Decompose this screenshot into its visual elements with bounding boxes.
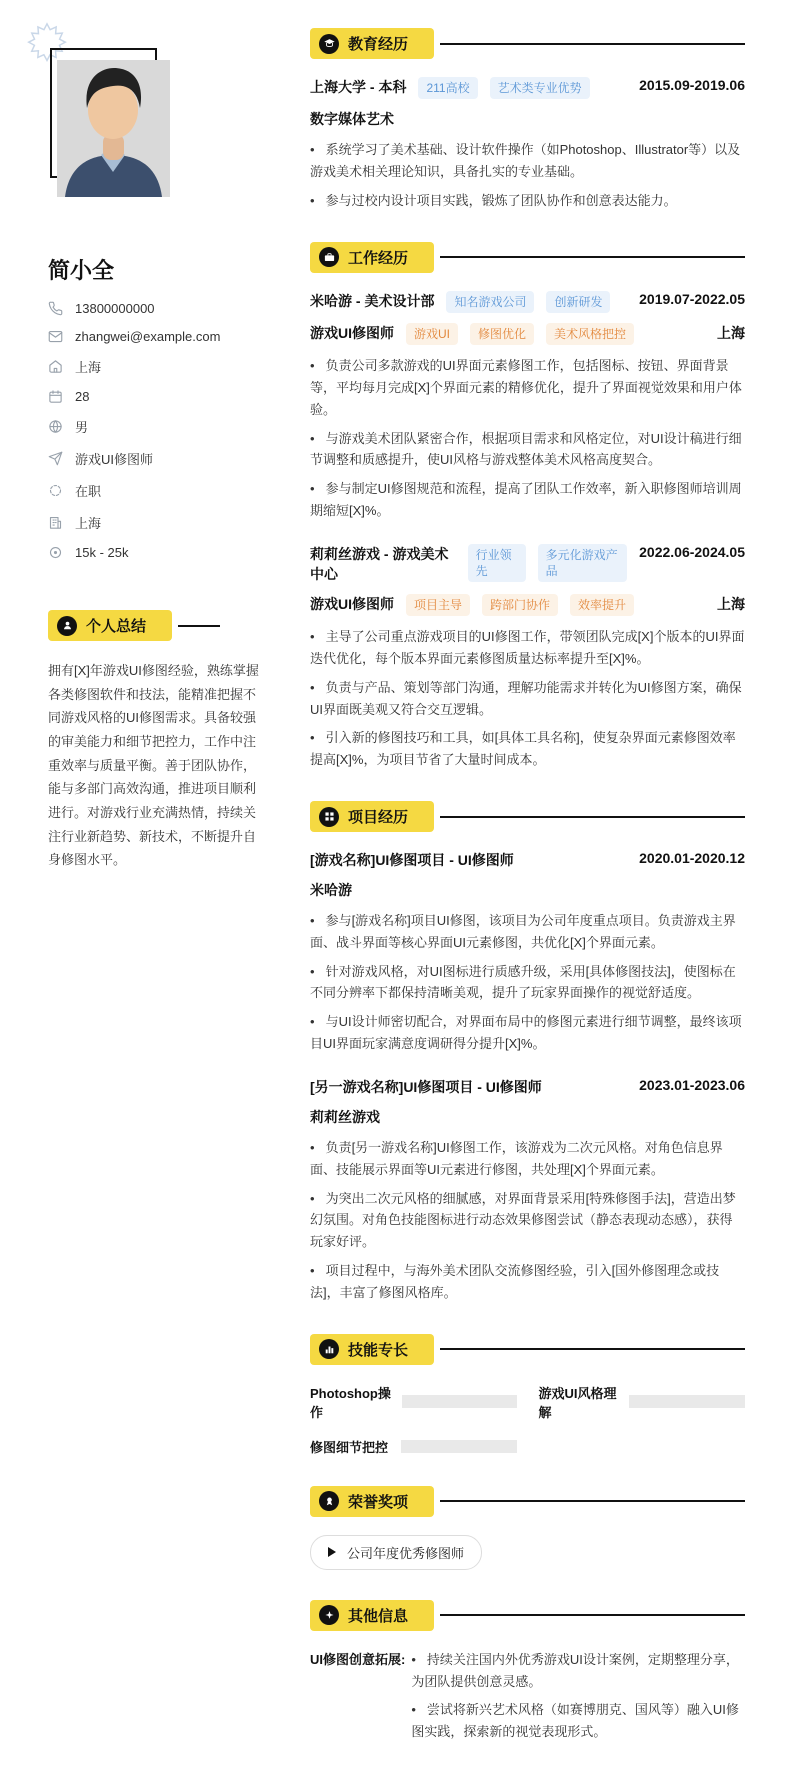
bullet-item: 项目过程中，与海外美术团队交流修图经验，引入[国外修图理念或技法]，丰富了修图风… [310, 1260, 745, 1304]
skill-name: Photoshop操作 [310, 1383, 402, 1421]
skills-title: 技能专长 [348, 1339, 408, 1360]
major-name: 数字媒体艺术 [310, 109, 745, 129]
person-icon [57, 616, 77, 636]
skills-badge: 技能专长 [310, 1334, 434, 1365]
calendar-icon [48, 389, 63, 404]
bullet-item: 负责公司多款游戏的UI界面元素修图工作，包括图标、按钮、界面背景等，平均每月完成… [310, 355, 745, 420]
skill-bar [401, 1440, 517, 1453]
tag: 创新研发 [546, 291, 610, 313]
section-header-summary: 个人总结 [48, 610, 265, 641]
bullet-item: 针对游戏风格，对UI图标进行质感升级，采用[具体修图技法]，使图标在不同分辨率下… [310, 961, 745, 1005]
honors-section: 荣誉奖项 公司年度优秀修图师 [310, 1486, 745, 1570]
work-badge: 工作经历 [310, 242, 434, 273]
contact-gender: 男 [48, 417, 265, 436]
skill-bar [402, 1395, 516, 1408]
role-name: 游戏UI修图师 [310, 594, 394, 614]
summary-text: 拥有[X]年游戏UI修图经验，熟练掌握各类修图软件和技法，能精准把握不同游戏风格… [48, 659, 263, 872]
section-divider [178, 625, 220, 627]
city-value: 上海 [75, 357, 101, 376]
projects-badge: 项目经历 [310, 801, 434, 832]
email-value: zhangwei@example.com [75, 329, 220, 344]
summary-section: 个人总结 拥有[X]年游戏UI修图经验，熟练掌握各类修图软件和技法，能精准把握不… [48, 610, 265, 872]
globe-icon [48, 419, 63, 434]
school-name: 上海大学 - 本科 [310, 77, 406, 97]
tag: 行业领先 [468, 544, 526, 582]
bullet-item: 持续关注国内外优秀游戏UI设计案例，定期整理分享，为团队提供创意灵感。 [411, 1649, 745, 1693]
skill-item: Photoshop操作 [310, 1383, 517, 1421]
education-entry-header: 上海大学 - 本科 211高校 艺术类专业优势 2015.09-2019.06 [310, 77, 745, 99]
project-date: 2023.01-2023.06 [639, 1077, 745, 1093]
candidate-name: 简小全 [48, 254, 265, 285]
target-icon [48, 545, 63, 560]
age-value: 28 [75, 389, 89, 404]
resume-page: 简小全 13800000000 zhangwei@example.com 上海 [0, 0, 794, 1767]
bullet-item: 参与[游戏名称]项目UI修图，该项目为公司年度重点项目。负责游戏主界面、战斗界面… [310, 910, 745, 954]
project-date: 2020.01-2020.12 [639, 850, 745, 866]
skill-bar [629, 1395, 745, 1408]
skill-name: 修图细节把控 [310, 1437, 388, 1456]
bullet-item: 引入新的修图技巧和工具，如[具体工具名称]，使复杂界面元素修图效率提高[X]%，… [310, 727, 745, 771]
summary-badge: 个人总结 [48, 610, 172, 641]
mail-icon [48, 329, 63, 344]
section-divider [440, 816, 745, 818]
contact-email: zhangwei@example.com [48, 329, 265, 344]
education-entry: 上海大学 - 本科 211高校 艺术类专业优势 2015.09-2019.06 … [310, 77, 745, 212]
bullet-item: 参与制定UI修图规范和流程，提高了团队工作效率，新入职修图师培训周期缩短[X]%… [310, 478, 745, 522]
contact-job-title: 游戏UI修图师 [48, 449, 265, 468]
other-section: 其他信息 UI修图创意拓展: 持续关注国内外优秀游戏UI设计案例，定期整理分享，… [310, 1600, 745, 1743]
education-section: 教育经历 上海大学 - 本科 211高校 艺术类专业优势 2015.09-201… [310, 28, 745, 212]
work-entry-header: 米哈游 - 美术设计部 知名游戏公司 创新研发 2019.07-2022.05 [310, 291, 745, 313]
status-value: 在职 [75, 481, 101, 500]
section-divider [440, 43, 745, 45]
tag: 游戏UI [406, 323, 458, 345]
play-triangle-icon [328, 1547, 336, 1557]
section-header-projects: 项目经历 [310, 801, 745, 832]
tag: 美术风格把控 [546, 323, 634, 345]
photo-block [50, 60, 180, 232]
gender-value: 男 [75, 417, 88, 436]
main-column: 教育经历 上海大学 - 本科 211高校 艺术类专业优势 2015.09-201… [310, 28, 745, 1743]
work-section: 工作经历 米哈游 - 美术设计部 知名游戏公司 创新研发 2019.07-202… [310, 242, 745, 771]
contact-status: 在职 [48, 481, 265, 500]
other-bullets: 持续关注国内外优秀游戏UI设计案例，定期整理分享，为团队提供创意灵感。 尝试将新… [411, 1649, 745, 1743]
section-divider [440, 1500, 745, 1502]
section-header-honors: 荣誉奖项 [310, 1486, 745, 1517]
project-org: 米哈游 [310, 880, 745, 900]
work-entry: 莉莉丝游戏 - 游戏美术中心 行业领先 多元化游戏产品 2022.06-2024… [310, 544, 745, 771]
honors-badge: 荣誉奖项 [310, 1486, 434, 1517]
bullet-item: 负责与产品、策划等部门沟通，理解功能需求并转化为UI修图方案，确保UI界面既美观… [310, 677, 745, 721]
other-badge: 其他信息 [310, 1600, 434, 1631]
bullet-item: 主导了公司重点游戏项目的UI修图工作，带领团队完成[X]个版本的UI界面迭代优化… [310, 626, 745, 670]
section-header-education: 教育经历 [310, 28, 745, 59]
profile-photo [57, 60, 170, 197]
role-row: 游戏UI修图师 游戏UI 修图优化 美术风格把控 上海 [310, 323, 745, 345]
contact-work-city: 上海 [48, 513, 265, 532]
project-entry-header: [另一游戏名称]UI修图项目 - UI修图师 2023.01-2023.06 [310, 1077, 745, 1097]
home-icon [48, 359, 63, 374]
project-name: [另一游戏名称]UI修图项目 - UI修图师 [310, 1077, 542, 1097]
other-title: 其他信息 [348, 1605, 408, 1626]
project-entry: [游戏名称]UI修图项目 - UI修图师 2020.01-2020.12 米哈游… [310, 850, 745, 1055]
education-badge: 教育经历 [310, 28, 434, 59]
education-title: 教育经历 [348, 33, 408, 54]
skill-item: 修图细节把控 [310, 1437, 517, 1456]
tag: 多元化游戏产品 [538, 544, 628, 582]
contact-list: 13800000000 zhangwei@example.com 上海 28 [48, 301, 265, 560]
star-icon [319, 1605, 339, 1625]
role-row: 游戏UI修图师 项目主导 跨部门协作 效率提升 上海 [310, 594, 745, 616]
job-title-value: 游戏UI修图师 [75, 449, 153, 468]
project-name: [游戏名称]UI修图项目 - UI修图师 [310, 850, 514, 870]
skills-section: 技能专长 Photoshop操作 游戏UI风格理解 修图细节把控 [310, 1334, 745, 1456]
work-location: 上海 [717, 594, 745, 614]
work-city-value: 上海 [75, 513, 101, 532]
bullet-item: 系统学习了美术基础、设计软件操作（如Photoshop、Illustrator等… [310, 139, 745, 183]
tag: 修图优化 [470, 323, 534, 345]
section-divider [440, 1348, 745, 1350]
bar-chart-icon [319, 1339, 339, 1359]
tag: 跨部门协作 [482, 594, 558, 616]
building-icon [48, 515, 63, 530]
work-entry-header: 莉莉丝游戏 - 游戏美术中心 行业领先 多元化游戏产品 2022.06-2024… [310, 544, 745, 584]
section-header-other: 其他信息 [310, 1600, 745, 1631]
other-label: UI修图创意拓展: [310, 1649, 405, 1671]
tag: 项目主导 [406, 594, 470, 616]
medal-icon [319, 1491, 339, 1511]
bullet-item: 与游戏美术团队紧密合作，根据项目需求和风格定位，对UI设计稿进行细节调整和质感提… [310, 428, 745, 472]
section-divider [440, 256, 745, 258]
contact-phone: 13800000000 [48, 301, 265, 316]
phone-icon [48, 301, 63, 316]
work-entry: 米哈游 - 美术设计部 知名游戏公司 创新研发 2019.07-2022.05 … [310, 291, 745, 522]
bullet-item: 与UI设计师密切配合，对界面布局中的修图元素进行细节调整，最终该项目UI界面玩家… [310, 1011, 745, 1055]
tag: 知名游戏公司 [446, 291, 534, 313]
status-icon [48, 483, 63, 498]
salary-value: 15k - 25k [75, 545, 128, 560]
skills-grid: Photoshop操作 游戏UI风格理解 修图细节把控 [310, 1383, 745, 1456]
bullet-item: 尝试将新兴艺术风格（如赛博朋克、国风等）融入UI修图实践，探索新的视觉表现形式。 [411, 1699, 745, 1743]
phone-value: 13800000000 [75, 301, 155, 316]
company-name: 米哈游 - 美术设计部 [310, 291, 434, 311]
honor-item[interactable]: 公司年度优秀修图师 [310, 1535, 482, 1570]
summary-title: 个人总结 [86, 615, 146, 636]
graduation-cap-icon [319, 34, 339, 54]
section-header-work: 工作经历 [310, 242, 745, 273]
project-entry-header: [游戏名称]UI修图项目 - UI修图师 2020.01-2020.12 [310, 850, 745, 870]
education-date: 2015.09-2019.06 [639, 77, 745, 93]
tag: 艺术类专业优势 [490, 77, 590, 99]
section-header-skills: 技能专长 [310, 1334, 745, 1365]
skill-item: 游戏UI风格理解 [539, 1383, 746, 1421]
bullet-item: 负责[另一游戏名称]UI修图工作，该游戏为二次元风格。对角色信息界面、技能展示界… [310, 1137, 745, 1181]
bullet-item: 参与过校内设计项目实践，锻炼了团队协作和创意表达能力。 [310, 190, 745, 212]
other-row: UI修图创意拓展: 持续关注国内外优秀游戏UI设计案例，定期整理分享，为团队提供… [310, 1649, 745, 1743]
project-org: 莉莉丝游戏 [310, 1107, 745, 1127]
work-title: 工作经历 [348, 247, 408, 268]
bullet-item: 为突出二次元风格的细腻感，对界面背景采用[特殊修图手法]，营造出梦幻氛围。对角色… [310, 1188, 745, 1253]
section-divider [440, 1614, 745, 1616]
paper-plane-icon [48, 451, 63, 466]
skill-name: 游戏UI风格理解 [539, 1383, 630, 1421]
briefcase-icon [319, 247, 339, 267]
work-location: 上海 [717, 323, 745, 343]
sidebar: 简小全 13800000000 zhangwei@example.com 上海 [48, 28, 265, 1743]
work-date: 2022.06-2024.05 [639, 544, 745, 560]
company-name: 莉莉丝游戏 - 游戏美术中心 [310, 544, 456, 584]
projects-section: 项目经历 [游戏名称]UI修图项目 - UI修图师 2020.01-2020.1… [310, 801, 745, 1304]
grid-icon [319, 807, 339, 827]
project-entry: [另一游戏名称]UI修图项目 - UI修图师 2023.01-2023.06 莉… [310, 1077, 745, 1304]
tag: 效率提升 [570, 594, 634, 616]
projects-title: 项目经历 [348, 806, 408, 827]
work-date: 2019.07-2022.05 [639, 291, 745, 307]
honors-title: 荣誉奖项 [348, 1491, 408, 1512]
role-name: 游戏UI修图师 [310, 323, 394, 343]
contact-salary: 15k - 25k [48, 545, 265, 560]
honor-text: 公司年度优秀修图师 [347, 1543, 464, 1562]
contact-age: 28 [48, 389, 265, 404]
tag: 211高校 [418, 77, 477, 99]
contact-city: 上海 [48, 357, 265, 376]
